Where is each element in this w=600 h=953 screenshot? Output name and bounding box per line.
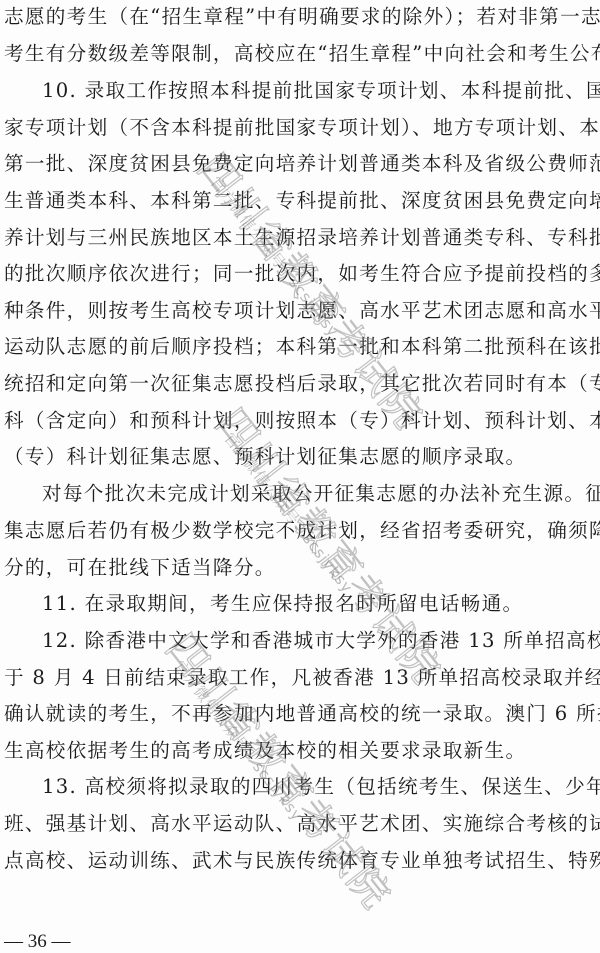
text-line: 第一批、深度贫困县免费定向培养计划普通类本科及省级公费师范 bbox=[4, 149, 596, 179]
text-line: 10. 录取工作按照本科提前批国家专项计划、本科提前批、国 bbox=[42, 76, 596, 106]
text-line: （专）科计划征集志愿、预科计划征集志愿的顺序录取。 bbox=[4, 442, 596, 472]
text-line: 生普通类本科、本科第二批、专科提前批、深度贫困县免费定向培 bbox=[4, 186, 596, 216]
text-line: 点高校、运动训练、武术与民族传统体育专业单独考试招生、特殊 bbox=[4, 846, 596, 876]
text-line: 11. 在录取期间，考生应保持报名时所留电话畅通。 bbox=[42, 589, 596, 619]
text-line: 确认就读的考生，不再参加内地普通高校的统一录取。澳门 6 所招 bbox=[4, 699, 596, 729]
text-line: 科（含定向）和预科计划，则按照本（专）科计划、预科计划、本 bbox=[4, 406, 596, 436]
text-line: 13. 高校须将拟录取的四川考生（包括统考生、保送生、少年 bbox=[42, 772, 596, 802]
text-line: 养计划与三州民族地区本土生源招录培养计划普通类专科、专科批 bbox=[4, 223, 596, 253]
document-page: 志愿的考生（在“招生章程”中有明确要求的除外）；若对非第一志愿 考生有分数级差等… bbox=[0, 0, 600, 953]
text-line: 集志愿后若仍有极少数学校完不成计划，经省招考委研究，确须降 bbox=[4, 516, 596, 546]
text-line: 对每个批次未完成计划采取公开征集志愿的办法补充生源。征 bbox=[42, 479, 596, 509]
text-line: 12. 除香港中文大学和香港城市大学外的香港 13 所单招高校应 bbox=[42, 626, 596, 656]
text-line: 的批次顺序依次进行；同一批次内，如考生符合应予提前投档的多 bbox=[4, 259, 596, 289]
text-line: 生高校依据考生的高考成绩及本校的相关要求录取新生。 bbox=[4, 736, 596, 766]
text-line: 分的，可在批线下适当降分。 bbox=[4, 553, 596, 583]
text-line: 家专项计划（不含本科提前批国家专项计划）、地方专项计划、本科 bbox=[4, 113, 596, 143]
text-line: 运动队志愿的前后顺序投档；本科第一批和本科第二批预科在该批 bbox=[4, 332, 596, 362]
text-line: 种条件，则按考生高校专项计划志愿、高水平艺术团志愿和高水平 bbox=[4, 296, 596, 326]
text-line: 班、强基计划、高水平运动队、高水平艺术团、实施综合考核的试 bbox=[4, 809, 596, 839]
text-line: 统招和定向第一次征集志愿投档后录取，其它批次若同时有本（专） bbox=[4, 369, 596, 399]
text-line: 志愿的考生（在“招生章程”中有明确要求的除外）；若对非第一志愿 bbox=[4, 2, 596, 32]
page-number: — 36 — bbox=[4, 928, 71, 953]
text-line: 于 8 月 4 日前结束录取工作，凡被香港 13 所单招高校录取并经本人 bbox=[4, 663, 596, 693]
text-line: 考生有分数级差等限制，高校应在“招生章程”中向社会和考生公布。 bbox=[4, 39, 596, 69]
